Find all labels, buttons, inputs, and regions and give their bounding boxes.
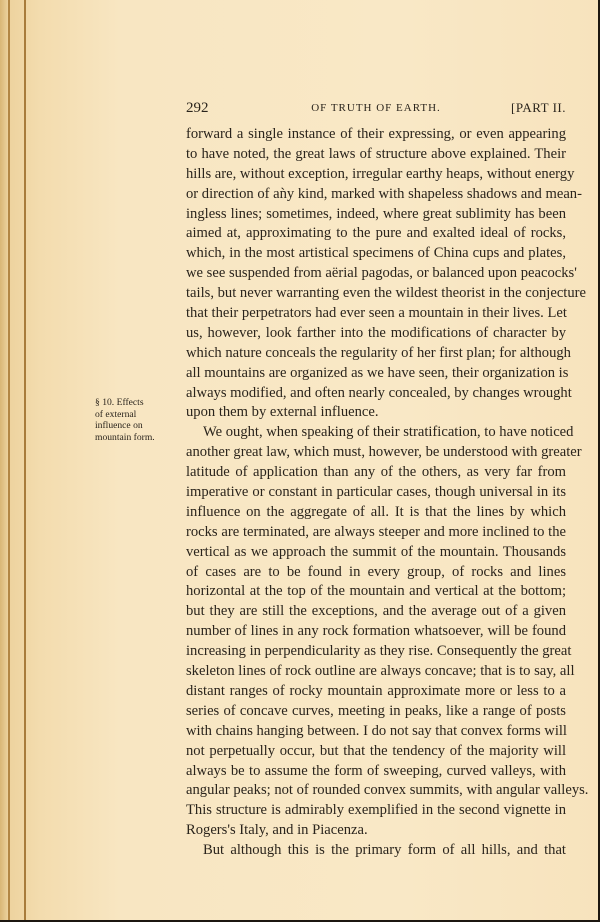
text-line: aimed at, approximating to the pure and …	[186, 224, 566, 244]
margin-note-line: § 10. Effects	[95, 397, 187, 409]
text-line: us, however, look farther into the modif…	[186, 324, 566, 344]
text-line: but they are still the exceptions, and t…	[186, 602, 566, 622]
text-line: another great law, which must, however, …	[186, 443, 566, 463]
text-line: We ought, when speaking of their stratif…	[186, 423, 566, 443]
text-line: we see suspended from aërial pagodas, or…	[186, 264, 566, 284]
text-line: rocks are terminated, are always steeper…	[186, 523, 566, 543]
text-line: ingless lines; sometimes, indeed, where …	[186, 205, 566, 225]
text-line: number of lines in any rock formation wh…	[186, 622, 566, 642]
text-line: which nature conceals the regularity of …	[186, 344, 566, 364]
binding-edge-line	[24, 0, 26, 920]
text-line: angular peaks; not of rounded convex sum…	[186, 781, 566, 801]
text-line: not perpetually occur, but that the tend…	[186, 742, 566, 762]
text-line: series of concave curves, meeting in pea…	[186, 702, 566, 722]
binding-edge-line	[8, 0, 10, 920]
margin-note-line: of external	[95, 409, 187, 421]
margin-note: § 10. Effects of external influence on m…	[95, 397, 187, 443]
text-line: always modified, and often nearly concea…	[186, 384, 566, 404]
body-text: forward a single instance of their expre…	[186, 125, 566, 861]
text-line: that their perpetrators had ever seen a …	[186, 304, 566, 324]
text-line: which, in the most artistical specimens …	[186, 244, 566, 264]
text-line: distant ranges of rocky mountain approxi…	[186, 682, 566, 702]
text-line: skeleton lines of rock outline are alway…	[186, 662, 566, 682]
text-line: imperative or constant in particular cas…	[186, 483, 566, 503]
running-head: 292 OF TRUTH OF EARTH. [PART II.	[186, 100, 566, 120]
book-page: 292 OF TRUTH OF EARTH. [PART II. § 10. E…	[0, 0, 600, 922]
text-line: or direction of aǹy kind, marked with sh…	[186, 185, 566, 205]
text-line: to have noted, the great laws of structu…	[186, 145, 566, 165]
running-title: OF TRUTH OF EARTH.	[186, 102, 566, 114]
text-line: influence on the aggregate of all. It is…	[186, 503, 566, 523]
text-line: But although this is the primary form of…	[186, 841, 566, 861]
text-line: horizontal at the top of the mountain an…	[186, 582, 566, 602]
margin-note-line: influence on	[95, 420, 187, 432]
text-line: with chains hanging between. I do not sa…	[186, 722, 566, 742]
text-line: This structure is admirably exemplified …	[186, 801, 566, 821]
margin-note-line: mountain form.	[95, 432, 187, 444]
part-label: [PART II.	[511, 100, 566, 116]
text-line: always be to assume the form of sweeping…	[186, 762, 566, 782]
text-line: latitude of application than any of the …	[186, 463, 566, 483]
text-line: increasing in perpendicularity as they r…	[186, 642, 566, 662]
text-line: tails, but never warranting even the wil…	[186, 284, 566, 304]
binding-shadow	[0, 0, 8, 920]
text-line: upon them by external influence.	[186, 403, 566, 423]
text-line: vertical as we approach the summit of th…	[186, 543, 566, 563]
text-line: of cases are to be found in every group,…	[186, 563, 566, 583]
text-line: hills are, without exception, irregular …	[186, 165, 566, 185]
text-line: forward a single instance of their expre…	[186, 125, 566, 145]
text-line: all mountains are organized as we have s…	[186, 364, 566, 384]
text-line: Rogers's Italy, and in Piacenza.	[186, 821, 566, 841]
